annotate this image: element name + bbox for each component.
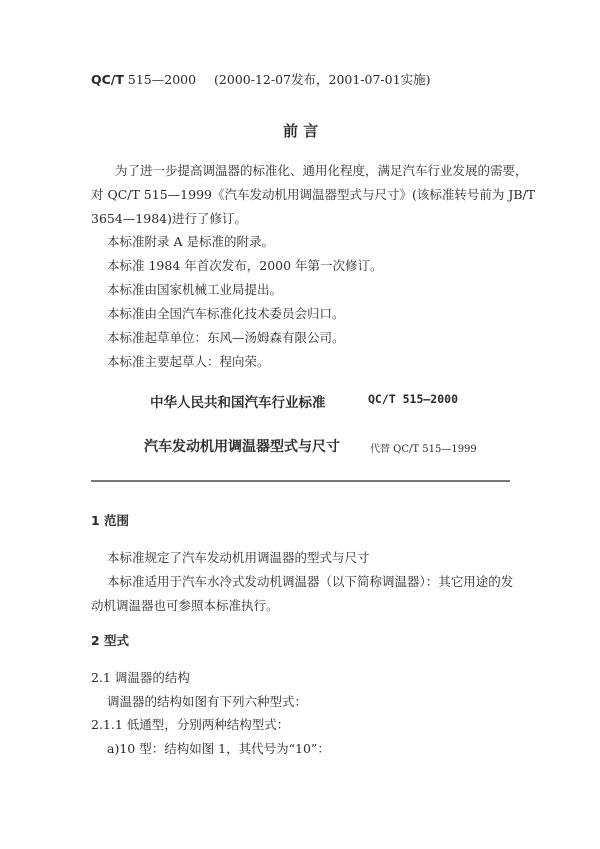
publication-dates: (2000-12-07发布，2001-07-01实施) <box>214 72 430 87</box>
section-2-1-heading: 2.1 调温器的结构 <box>91 670 190 685</box>
standard-number: 515—2000 <box>128 72 196 87</box>
foreword-line-appendix: 本标准附录 A 是标准的附录。 <box>107 234 274 249</box>
foreword-line-drafter: 本标准主要起草人：程向荣。 <box>107 354 270 369</box>
replaces-note: 代替 QC/T 515—1999 <box>370 440 477 455</box>
foreword-line-history: 本标准 1984 年首次发布，2000 年第一次修订。 <box>107 258 383 273</box>
foreword-line-drafting-unit: 本标准起草单位：东风—汤姆森有限公司。 <box>107 330 345 345</box>
issuing-org: 中华人民共和国汽车行业标准 <box>150 391 326 411</box>
foreword-title: 前 言 <box>283 120 318 141</box>
document-title: 汽车发动机用调温器型式与尺寸 <box>144 436 340 456</box>
standard-code-right: QC/T 515—2000 <box>368 392 458 406</box>
section-2-1-body: 调温器的结构如图有下列六种型式： <box>107 694 307 709</box>
section-2-1-1-heading: 2.1.1 低通型，分别两种结构型式： <box>91 717 289 732</box>
foreword-para-line-2: 对 QC/T 515—1999《汽车发动机用调温器型式与尺寸》(该标准转号前为 … <box>91 187 535 202</box>
foreword-para-line-1: 为了进一步提高调温器的标准化、通用化程度，满足汽车行业发展的需要， <box>115 163 528 178</box>
foreword-para-line-3: 3654—1984)进行了修订。 <box>91 211 247 226</box>
standard-code: QC/T <box>91 72 124 87</box>
foreword-line-committee: 本标准由全国汽车标准化技术委员会归口。 <box>107 306 345 321</box>
section-1-line-2: 本标准适用于汽车水冷式发动机调温器（以下简称调温器）：其它用途的发 <box>107 574 513 589</box>
section-2-heading: 2 型式 <box>91 631 129 649</box>
standard-header-line: QC/T 515—2000 (2000-12-07发布，2001-07-01实施… <box>91 72 430 87</box>
section-1-line-3: 动机调温器也可参照本标准执行。 <box>91 598 279 613</box>
list-item-a: a)10 型：结构如图 1，其代号为“10”： <box>107 741 330 756</box>
title-divider <box>91 480 510 482</box>
section-1-heading: 1 范围 <box>91 511 129 529</box>
section-1-line-1: 本标准规定了汽车发动机用调温器的型式与尺寸 <box>107 550 370 565</box>
foreword-line-proposer: 本标准由国家机械工业局提出。 <box>107 282 282 297</box>
